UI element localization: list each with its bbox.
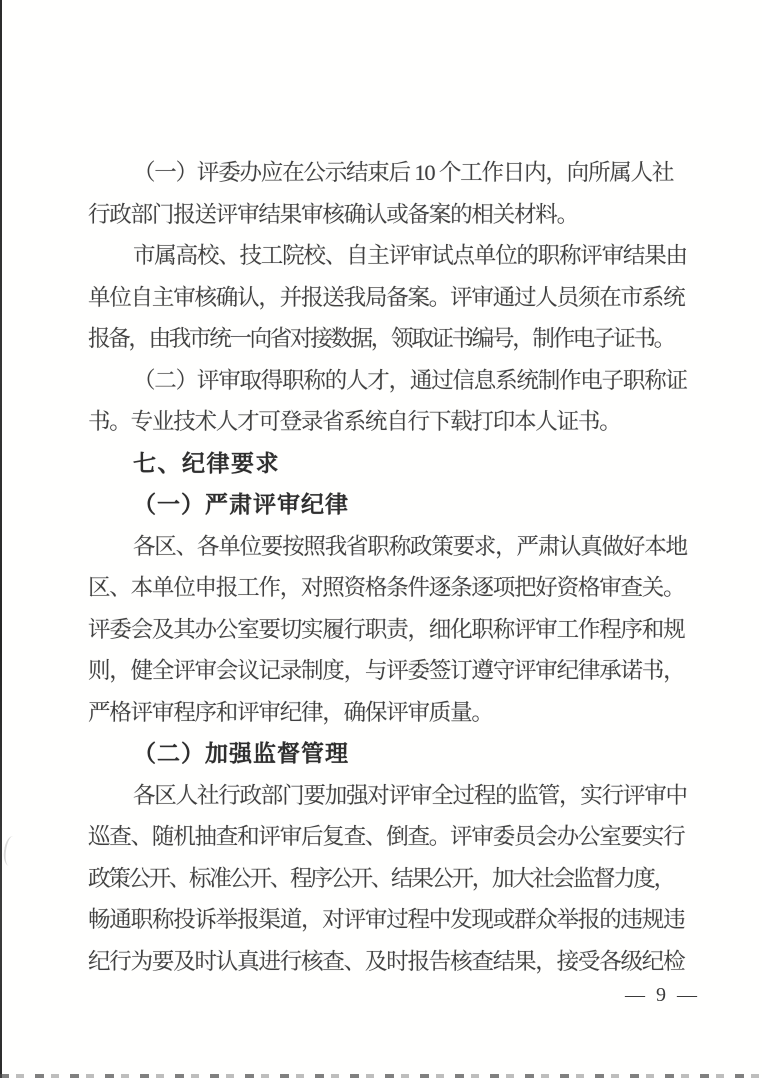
text-line: 书。专业技术人才可登录省系统自行下载打印本人证书。 <box>88 401 686 443</box>
text-line: （一）评委办应在公示结束后 10 个工作日内，向所属人社 <box>88 152 686 194</box>
text-line: 则，健全评审会议记录制度，与评委签订遵守评审纪律承诺书， <box>88 650 686 692</box>
scan-smudge-artifact <box>2 835 20 867</box>
scan-edge-left-artifact <box>0 0 2 1078</box>
text-line: （二）评审取得职称的人才，通过信息系统制作电子职称证 <box>88 360 686 402</box>
page-number: — 9 — <box>0 984 700 1007</box>
text-line: 畅通职称投诉举报渠道，对评审过程中发现或群众举报的违规违 <box>88 899 686 941</box>
text-line: 各区人社行政部门要加强对评审全过程的监管，实行评审中 <box>88 775 686 817</box>
text-line: 市属高校、技工院校、自主评审试点单位的职称评审结果由 <box>88 235 686 277</box>
text-line: 区、本单位申报工作，对照资格条件逐条逐项把好资格审查关。 <box>88 567 686 609</box>
text-line: 巡查、随机抽查和评审后复查、倒查。评审委员会办公室要实行 <box>88 816 686 858</box>
scanned-document-page: （一）评委办应在公示结束后 10 个工作日内，向所属人社 行政部门报送评审结果审… <box>0 0 762 1078</box>
text-line: 单位自主审核确认，并报送我局备案。评审通过人员须在市系统 <box>88 277 686 319</box>
document-body: （一）评委办应在公示结束后 10 个工作日内，向所属人社 行政部门报送评审结果审… <box>88 152 686 982</box>
text-line: 各区、各单位要按照我省职称政策要求，严肃认真做好本地 <box>88 526 686 568</box>
section-heading-strengthen-supervision: （二）加强监督管理 <box>88 733 686 775</box>
text-line: 评委会及其办公室要切实履行职责，细化职称评审工作程序和规 <box>88 609 686 651</box>
text-line: 纪行为要及时认真进行核查、及时报告核查结果，接受各级纪检 <box>88 941 686 983</box>
scan-edge-bottom-artifact <box>0 1074 762 1078</box>
text-line: 行政部门报送评审结果审核确认或备案的相关材料。 <box>88 194 686 236</box>
section-heading-strict-review-discipline: （一）严肃评审纪律 <box>88 484 686 526</box>
text-line: 严格评审程序和评审纪律，确保评审质量。 <box>88 692 686 734</box>
text-line: 报备，由我市统一向省对接数据，领取证书编号，制作电子证书。 <box>88 318 686 360</box>
section-heading-discipline-requirements: 七、纪律要求 <box>88 443 686 485</box>
text-line: 政策公开、标准公开、程序公开、结果公开，加大社会监督力度， <box>88 858 686 900</box>
